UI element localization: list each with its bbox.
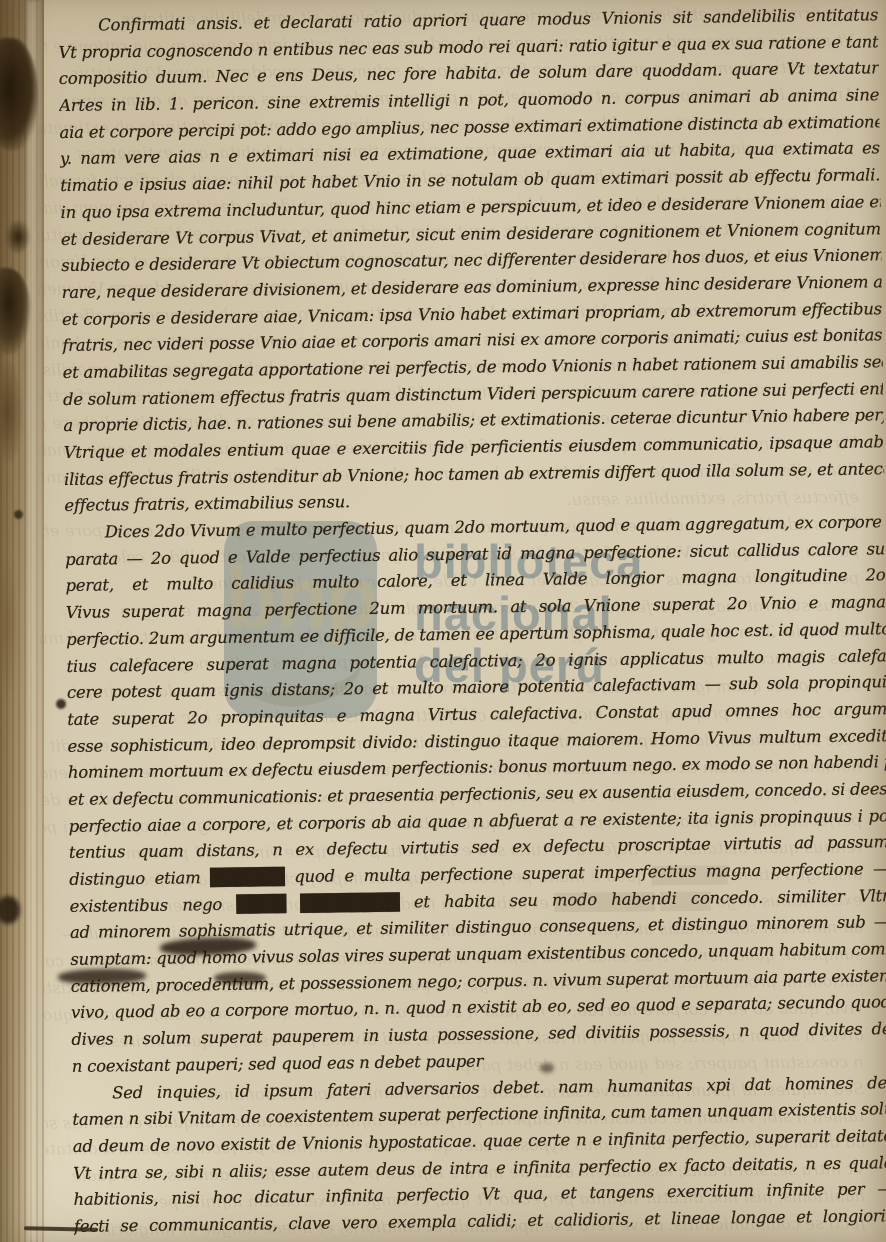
ink-blot — [14, 510, 23, 519]
manuscript-page: bnp biblioteca nacional del perú Confirm… — [0, 0, 886, 1242]
ink-blot — [56, 699, 66, 709]
ink-blot — [214, 972, 266, 984]
ink-blot — [540, 1063, 554, 1073]
torn-edge-highlight — [28, 0, 44, 1242]
handwritten-text: Confirmati ansis. et declarati ratio apr… — [58, 2, 886, 1240]
torn-edge-flap — [0, 560, 18, 690]
